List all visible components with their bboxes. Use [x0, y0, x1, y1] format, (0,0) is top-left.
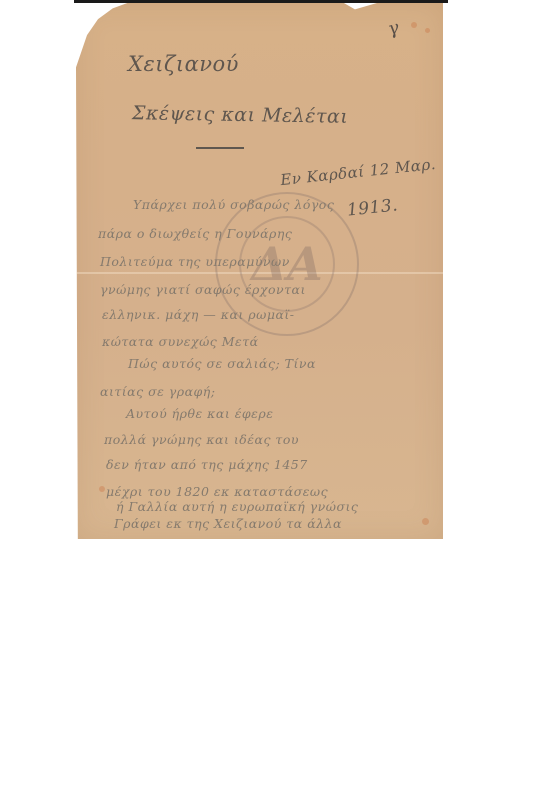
body-line: Γράφει εκ της Χειζιανού τα άλλα [114, 516, 342, 531]
scan-top-border [74, 0, 448, 3]
heading-line-2: Σκέψεις και Μελέται [132, 102, 349, 128]
heading-underline [196, 147, 244, 149]
foxing-stain [425, 28, 430, 33]
body-line: πολλά γνώμης και ιδέας του [104, 432, 299, 447]
body-line: γνώμης γιατί σαφώς έρχονται [100, 282, 306, 297]
body-line: μέχρι του 1820 εκ καταστάσεως [106, 484, 328, 499]
body-line: πάρα ο διωχθείς η Γουνάρης [98, 226, 292, 241]
body-line: δεν ήταν από της μάχης 1457 [106, 457, 308, 472]
body-line: Πολιτεύμα της υπεραμύνων [100, 254, 290, 269]
foxing-stain [422, 518, 429, 525]
body-line: Πώς αυτός σε σαλιάς; Τίνα [128, 356, 316, 371]
body-line: ελληνικ. μάχη — και ρωμαϊ- [102, 307, 295, 322]
heading-line-1: Χειζιανού [128, 52, 239, 76]
foxing-stain [99, 486, 105, 492]
body-line: αιτίας σε γραφή; [100, 384, 216, 399]
body-line: κώτατα συνεχώς Μετά [102, 334, 259, 349]
body-line: ή Γαλλία αυτή η ευρωπαϊκή γνώσις [116, 499, 358, 514]
foxing-stain [411, 22, 417, 28]
body-line: Υπάρχει πολύ σοβαρώς λόγος [133, 197, 334, 212]
body-line: Αυτού ήρθε και έφερε [126, 406, 273, 421]
